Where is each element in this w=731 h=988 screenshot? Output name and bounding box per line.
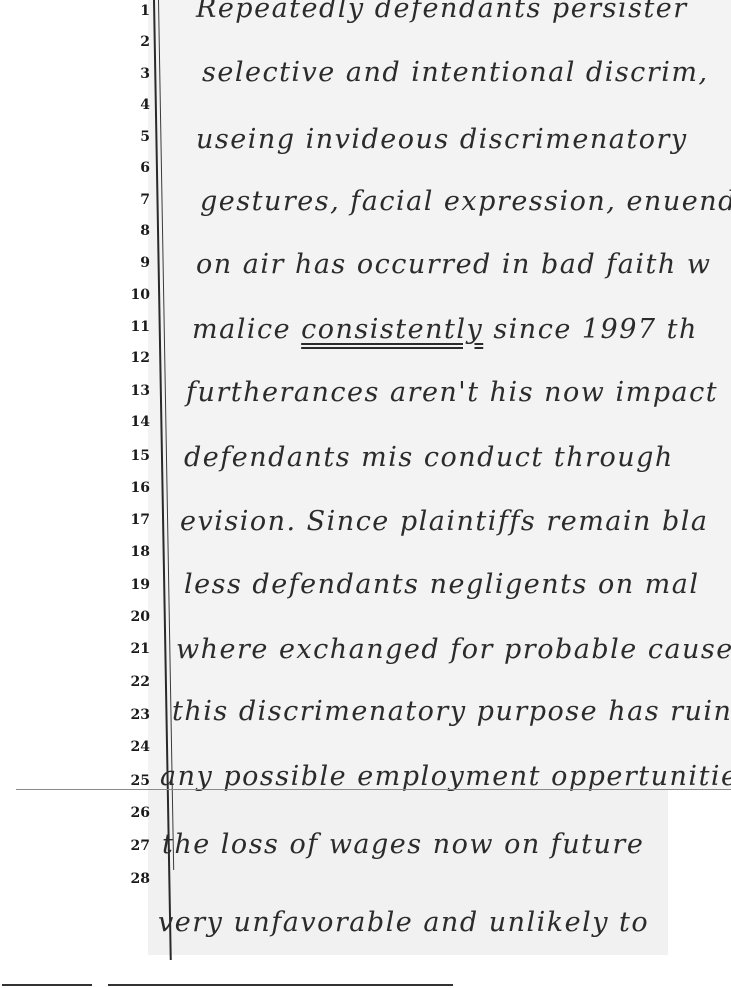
line-number: 13 [110, 384, 150, 398]
handwritten-line: very unfavorable and unlikely to [158, 908, 649, 938]
line-number: 8 [110, 224, 150, 238]
line-number-column: 1 2 3 4 5 6 7 8 9 10 11 12 13 14 15 16 1… [0, 0, 150, 900]
line-number: 11 [110, 320, 150, 334]
line-number: 25 [110, 774, 150, 788]
line-number: 1 [110, 4, 150, 18]
line-number: 20 [110, 610, 150, 624]
handwritten-line: gestures, facial expression, enuendo [200, 187, 731, 217]
handwritten-line: less defendants negligents on mal [184, 570, 700, 600]
handwritten-line: selective and intentional discrim, [202, 58, 709, 88]
line-number: 2 [110, 35, 150, 49]
page-edge-cutout [668, 790, 731, 988]
line-number: 10 [110, 288, 150, 302]
handwritten-line: where exchanged for probable cause w [176, 635, 731, 665]
line-number: 16 [110, 481, 150, 495]
line-number: 3 [110, 67, 150, 81]
handwritten-line: this discrimenatory purpose has ruined [172, 697, 731, 727]
handwritten-text: since 1997 th [483, 314, 698, 345]
bottom-rule [2, 984, 92, 986]
handwritten-line: the loss of wages now on future [162, 830, 644, 860]
handwritten-line: on air has occurred in bad faith w [196, 250, 711, 280]
handwritten-line: Repeatedly defendants persister [196, 0, 688, 24]
line-number: 4 [110, 98, 150, 112]
line-number: 26 [110, 806, 150, 820]
line-number: 12 [110, 351, 150, 365]
line-number: 18 [110, 545, 150, 559]
line-number: 7 [110, 193, 150, 207]
handwritten-line: evision. Since plaintiffs remain bla [180, 507, 709, 537]
line-number: 14 [110, 415, 150, 429]
underlined-word: consistently [301, 314, 483, 345]
line-number: 27 [110, 839, 150, 853]
handwritten-line: furtherances aren't his now impact [186, 378, 718, 408]
handwritten-line: defendants mis conduct through [184, 443, 674, 473]
handwritten-line: any possible employment oppertunities . [160, 762, 731, 792]
line-number: 24 [110, 740, 150, 754]
line-number: 17 [110, 513, 150, 527]
line-number: 19 [110, 578, 150, 592]
line-number: 9 [110, 256, 150, 270]
horizontal-rule [16, 789, 731, 790]
handwritten-line: malice consistently since 1997 th [192, 315, 698, 345]
bottom-rule [108, 984, 453, 986]
line-number: 28 [110, 872, 150, 886]
line-number: 21 [110, 642, 150, 656]
line-number: 15 [110, 449, 150, 463]
line-number: 5 [110, 130, 150, 144]
line-number: 6 [110, 161, 150, 175]
handwritten-text: malice [192, 314, 301, 345]
line-number: 23 [110, 708, 150, 722]
line-number: 22 [110, 675, 150, 689]
handwritten-line: useing invideous discrimenatory [196, 125, 688, 155]
